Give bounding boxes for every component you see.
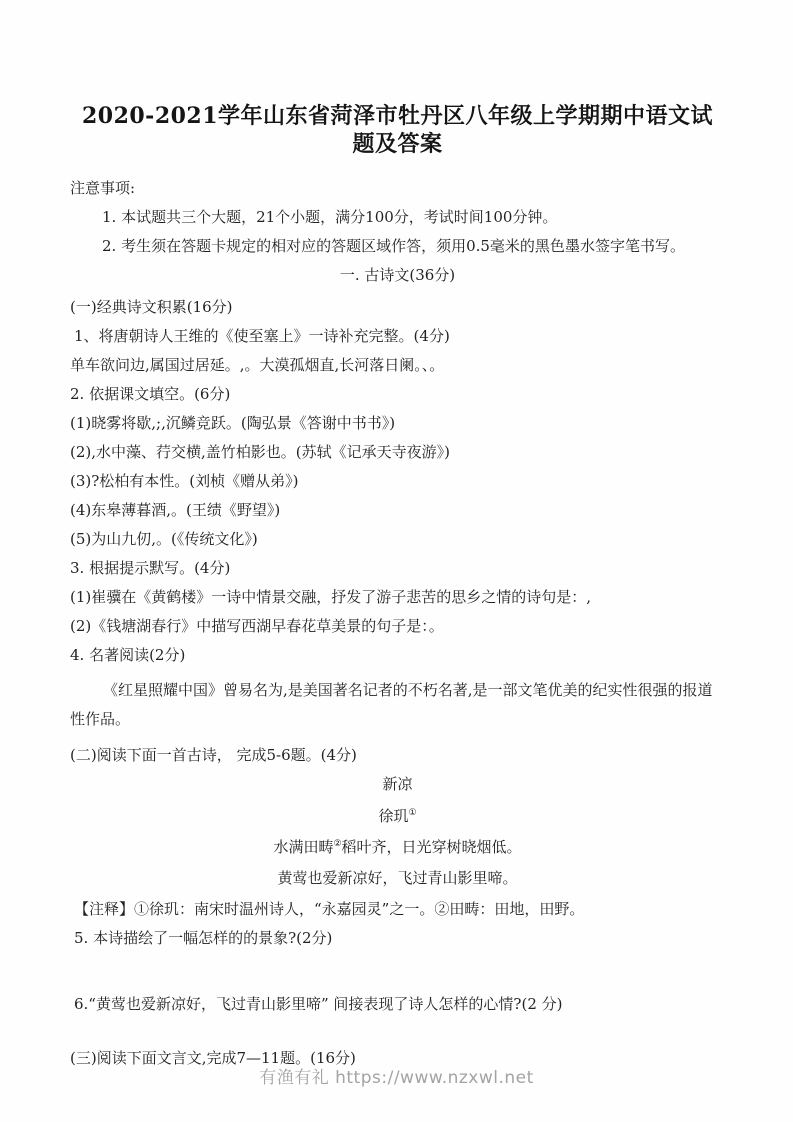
question-2-item-2: (2),水中藻、荇交横,盖竹柏影也。(苏轼《记承天寺夜游》)	[70, 444, 725, 460]
poem-author-line: 徐玑①	[70, 808, 725, 824]
question-4: 4. 名著阅读(2分)	[70, 647, 725, 663]
question-2-item-1: (1)晓雾将歇,;,沉鳞竞跃。(陶弘景《答谢中书书》)	[70, 415, 725, 431]
question-5: 5. 本诗描绘了一幅怎样的的景象?(2分)	[70, 930, 725, 946]
notice-heading: 注意事项:	[70, 180, 725, 196]
poem-author: 徐玑	[378, 807, 408, 825]
footnote-mark-2: ②	[333, 839, 341, 849]
question-2-item-5: (5)为山九仞,。(《传统文化》)	[70, 531, 725, 547]
poem-line-1-pre: 水满田畴	[273, 838, 333, 856]
poem-annotation: 【注释】①徐玑：南宋时温州诗人，“永嘉园灵”之一。②田畴：田地，田野。	[70, 901, 725, 917]
section-one-heading: 一. 古诗文(36分)	[70, 267, 725, 283]
poem-line-1: 水满田畴②稻叶齐，日光穿树晓烟低。	[70, 839, 725, 855]
notice-item-1: 1. 本试题共三个大题，21个小题，满分100分，考试时间100分钟。	[70, 209, 725, 225]
page-title: 2020-2021学年山东省菏泽市牡丹区八年级上学期期中语文试题及答案	[74, 102, 721, 158]
part-one-heading: (一)经典诗文积累(16分)	[70, 299, 725, 315]
part-two-heading: (二)阅读下面一首古诗， 完成5-6题。(4分)	[70, 747, 725, 763]
question-2: 2. 依据课文填空。(6分)	[70, 386, 725, 402]
exam-document-page: 2020-2021学年山东省菏泽市牡丹区八年级上学期期中语文试题及答案 注意事项…	[0, 0, 793, 1122]
question-3: 3. 根据提示默写。(4分)	[70, 560, 725, 576]
question-4-passage: 《红星照耀中国》曾易名为,是美国著名记者的不朽名著,是一部文笔优美的纪实性很强的…	[70, 676, 725, 734]
notice-item-2: 2. 考生须在答题卡规定的相对应的答题区域作答，须用0.5毫米的黑色墨水签字笔书…	[70, 238, 725, 254]
watermark-footer: 有渔有礼 https://www.nzxwl.net	[0, 1063, 793, 1088]
poem-title: 新凉	[70, 776, 725, 792]
question-3-item-2: (2)《钱塘湖春行》中描写西湖早春花草美景的句子是：。	[70, 618, 725, 634]
poem-line-1-post: 稻叶齐，日光穿树晓烟低。	[342, 838, 522, 856]
question-1-answer-line: 单车欲问边,属国过居延。,。大漠孤烟直,长河落日阑。、。	[70, 357, 725, 373]
question-2-item-4: (4)东皋薄暮酒,。(王绩《野望》)	[70, 502, 725, 518]
question-3-item-1: (1)崔骥在《黄鹤楼》一诗中情景交融，抒发了游子悲苦的思乡之情的诗句是：,	[70, 589, 725, 605]
footnote-mark-1: ①	[408, 808, 416, 818]
poem-line-2: 黄莺也爱新凉好，飞过青山影里啼。	[70, 870, 725, 886]
question-2-item-3: (3)?松柏有本性。(刘桢《赠从弟》)	[70, 473, 725, 489]
question-1: 1、将唐朝诗人王维的《使至塞上》一诗补充完整。(4分)	[70, 328, 725, 344]
question-6: 6.“黄莺也爱新凉好，飞过青山影里啼” 间接表现了诗人怎样的心情?(2 分)	[70, 996, 725, 1012]
